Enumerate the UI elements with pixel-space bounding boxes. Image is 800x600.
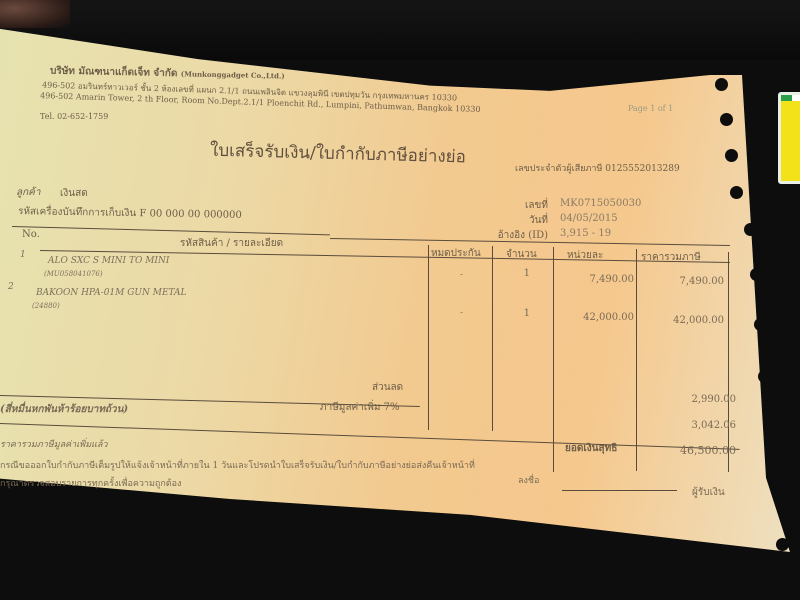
item-unit-price: 7,490.00 — [554, 274, 634, 285]
date-label: วันที่ — [478, 213, 548, 228]
page-label: Page 1 of 1 — [628, 104, 673, 113]
item-unit-price: 42,000.00 — [554, 312, 634, 323]
item-code: (MU058041076) — [44, 270, 103, 278]
feed-hole — [730, 186, 743, 199]
tax-id: เลขประจำตัวผู้เสียภาษี 0125552013289 — [515, 161, 680, 175]
vat-label: ภาษีมูลค่าเพิ่ม 7% — [320, 400, 399, 415]
receipt-document: บริษัท มัณฑนาแก็ดเจ็ท จำกัด (Munkonggadg… — [0, 0, 800, 600]
doc-no-label: เลขที่ — [478, 198, 548, 213]
feed-hole — [744, 223, 757, 236]
row-divider — [0, 423, 740, 450]
feed-hole — [770, 478, 783, 491]
customer-label: ลูกค้า — [16, 185, 41, 200]
col-divider — [728, 252, 729, 472]
signature-line — [562, 490, 677, 491]
feed-hole — [715, 78, 728, 91]
feed-hole — [720, 113, 733, 126]
date: 04/05/2015 — [560, 213, 618, 224]
table-border-top-left — [12, 226, 330, 235]
item-qty: 1 — [440, 268, 530, 279]
col-divider — [636, 249, 637, 471]
sign-label: ลงชื่อ — [518, 473, 539, 487]
net-label: ยอดเงินสุทธิ — [565, 441, 617, 456]
doc-no: MK0715050030 — [560, 198, 641, 209]
customer-value: เงินสด — [60, 186, 88, 201]
item-name: ALO SXC S MINI TO MINI — [48, 256, 169, 266]
register-code: รหัสเครื่องบันทึกการเก็บเงิน F 00 000 00… — [18, 204, 242, 223]
feed-hole — [764, 423, 777, 436]
footer-note-1: กรณีขอออกใบกำกับภาษีเต็มรูปให้แจ้งเจ้าหน… — [0, 458, 475, 472]
net-amount: 46,500.00 — [656, 444, 736, 457]
amount-in-words: (สี่หมื่นหกพันห้าร้อยบาทถ้วน) — [0, 402, 128, 417]
footer-note-2: กรุณาตรวจสอบรายการทุกครั้งเพื่อความถูกต้… — [0, 476, 181, 490]
col-header-unit-price: หน่วยละ — [567, 248, 603, 263]
document-title: ใบเสร็จรับเงิน/ใบกำกับภาษีอย่างย่อ — [210, 137, 467, 171]
item-qty: 1 — [440, 308, 530, 319]
item-total: 7,490.00 — [644, 276, 724, 287]
col-header-warranty: หมดประกัน — [431, 246, 481, 261]
col-header-description: รหัสสินค้า / รายละเอียด — [180, 236, 283, 251]
feed-hole — [725, 149, 738, 162]
row-no: 2 — [8, 282, 14, 292]
item-name: BAKOON HPA-01M GUN METAL — [36, 288, 187, 298]
feed-hole — [750, 268, 763, 281]
vat-amount: 3,042.06 — [656, 420, 736, 431]
feed-hole — [776, 538, 789, 551]
item-code: (24880) — [32, 302, 60, 310]
discount-label: ส่วนลด — [372, 380, 403, 395]
ref: 3,915 - 19 — [560, 228, 611, 239]
col-header-qty: จำนวน — [506, 247, 537, 262]
company-tel: Tel. 02-652-1759 — [40, 112, 108, 121]
col-divider — [428, 245, 429, 430]
row-no: 1 — [20, 250, 26, 260]
receiver-label: ผู้รับเงิน — [692, 485, 725, 500]
feed-hole — [754, 318, 767, 331]
vat-included-note: ราคารวมภาษีมูลค่าเพิ่มแล้ว — [0, 437, 108, 451]
col-header-no: No. — [22, 229, 40, 240]
discount-amount: 2,990.00 — [656, 394, 736, 405]
col-header-total: ราคารวมภาษี — [641, 250, 701, 265]
item-total: 42,000.00 — [644, 315, 724, 326]
feed-hole — [758, 370, 771, 383]
